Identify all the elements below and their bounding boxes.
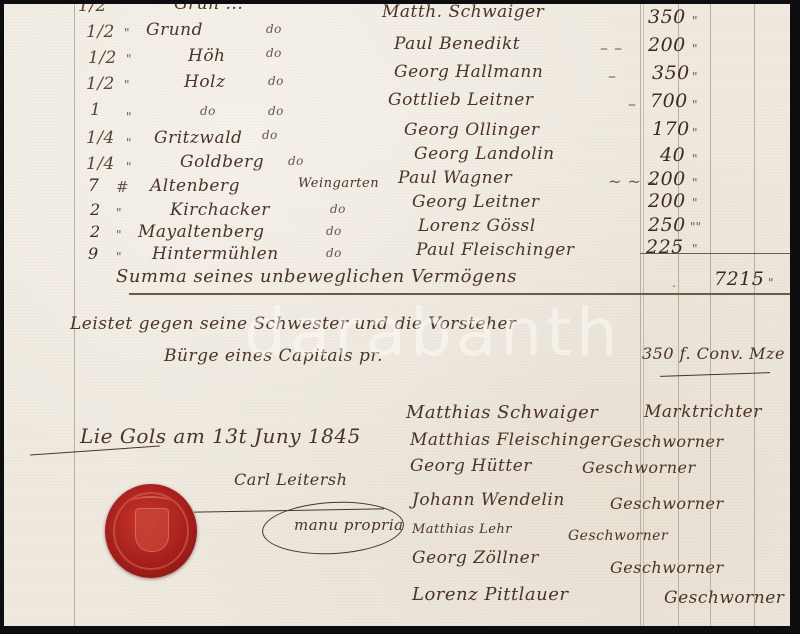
signature-role: Marktrichter [644, 402, 762, 422]
share-cell: 1/2 [86, 74, 115, 94]
signature-role: Geschworner [664, 588, 784, 608]
place-type: Weingarten [298, 176, 379, 191]
place-cell: Hintermühlen [152, 244, 279, 264]
ditto-mark: " [116, 228, 122, 242]
amount-cell: 700 [650, 90, 688, 112]
name-cell: Gottlieb Leitner [388, 90, 533, 110]
amount-cell: 225 [646, 236, 684, 258]
name-cell: Georg Leitner [412, 192, 540, 212]
amount-cell: 170 [652, 118, 690, 140]
cents-cell: " [692, 98, 698, 112]
share-cell: 1/2 [88, 48, 117, 68]
cents-cell: " [692, 126, 698, 140]
place-ditto: do [268, 74, 284, 88]
share-cell: 1/4 [86, 154, 115, 174]
name-cell: Paul Fleischinger [416, 240, 574, 260]
cents-cell: " [692, 70, 698, 84]
place-ditto: do [266, 22, 282, 36]
document-page: 1/2 Grün ... Matth. Schwaiger 350 " 1/2 … [4, 4, 790, 626]
ditto-mark: " [126, 52, 132, 66]
place-ditto: do [268, 104, 284, 118]
signature-name: Matthias Fleischinger [410, 430, 610, 450]
amount-cell: 350 [652, 62, 690, 84]
signature-role: Geschworner [582, 458, 696, 477]
name-cell: Paul Wagner [398, 168, 512, 188]
note-amount: 350 f. Conv. Mze [642, 344, 785, 363]
ditto-mark: " [126, 110, 132, 124]
signature-name: Matthias Lehr [412, 522, 512, 537]
cents-cell: " [692, 152, 698, 166]
share-cell: 7 [88, 176, 99, 196]
place-cell: Altenberg [150, 176, 240, 196]
place-ditto: do [326, 246, 342, 260]
leader-dash: – [608, 66, 617, 85]
ditto-mark: " [116, 250, 122, 264]
ditto-mark: " [116, 206, 122, 220]
place-cell: Gritzwald [154, 128, 242, 148]
name-cell: Georg Ollinger [404, 120, 540, 140]
signature-role: Geschworner [568, 528, 668, 544]
cents-cell: " [692, 242, 698, 256]
wax-seal [105, 484, 197, 578]
place-ditto: do [266, 46, 282, 60]
name-cell: Georg Landolin [414, 144, 555, 164]
place-cell: do [200, 104, 216, 118]
share-cell: 1/2 [78, 4, 107, 16]
sum-total: 7215 [714, 268, 764, 290]
name-cell: Paul Benedikt [394, 34, 520, 54]
leader-dash: – – [600, 38, 623, 57]
share-cell: 1/2 [86, 22, 115, 42]
share-cell: 9 [88, 244, 99, 263]
unit-mark: # [116, 178, 129, 196]
place-ditto: do [288, 154, 304, 168]
sum-cents: " [768, 276, 774, 290]
total-column-rule [710, 4, 711, 626]
ditto-mark: " [124, 78, 130, 92]
signature-role: Geschworner [610, 558, 724, 577]
watermark: darabanth [244, 294, 622, 371]
total-cents-column-rule [754, 4, 755, 626]
amount-cell: 350 [648, 6, 686, 28]
cents-cell: " [692, 176, 698, 190]
place-ditto: do [330, 202, 346, 216]
place-ditto: do [326, 224, 342, 238]
cents-cell: " [692, 42, 698, 56]
seal-crown-icon [131, 496, 171, 508]
signature-name: Matthias Schwaiger [406, 402, 598, 423]
ditto-mark: " [126, 136, 132, 150]
signature-role: Geschworner [610, 432, 724, 451]
leader-dash: – [628, 94, 637, 113]
ditto-mark: " [124, 26, 130, 40]
amount-cell: 250 [648, 214, 686, 236]
share-cell: 1/4 [86, 128, 115, 148]
sum-label: Summa seines unbeweglichen Vermögens [116, 266, 517, 287]
signature-name: Georg Hütter [410, 456, 532, 476]
signature-name: Lorenz Pittlauer [412, 584, 569, 605]
place-cell: Goldberg [180, 152, 264, 172]
seal-shield-icon [135, 508, 169, 552]
name-cell: Matth. Schwaiger [382, 4, 544, 22]
ditto-mark: " [126, 160, 132, 174]
cents-cell: " [692, 14, 698, 28]
signature-name: Georg Zöllner [412, 548, 539, 568]
place-cell: Höh [188, 46, 226, 66]
cents-cell: "" [690, 220, 701, 234]
share-cell: 1 [90, 100, 101, 120]
oval-text: manu propria [294, 516, 404, 534]
signer-name: Carl Leitersh [234, 470, 347, 489]
amount-cell: 40 [660, 144, 685, 166]
name-cell: Lorenz Gössl [418, 216, 536, 236]
signature-role: Geschworner [610, 494, 724, 513]
place-cell: Grund [146, 20, 203, 40]
name-cell: Georg Hallmann [394, 62, 543, 82]
place-cell: Grün ... [174, 4, 243, 14]
amount-cell: 200 [648, 168, 686, 190]
share-cell: 2 [90, 200, 101, 219]
cents-cell: " [692, 196, 698, 210]
place-ditto: do [262, 128, 278, 142]
place-cell: Kirchacker [170, 200, 270, 220]
place-date: Lie Gols am 13t Juny 1845 [80, 424, 361, 448]
share-cell: 2 [90, 222, 101, 241]
place-cell: Mayaltenberg [138, 222, 265, 242]
amount-cell: 200 [648, 190, 686, 212]
place-cell: Holz [184, 72, 225, 92]
sum-dot: . [672, 276, 676, 290]
amount-cell: 200 [648, 34, 686, 56]
signature-name: Johann Wendelin [412, 490, 565, 510]
